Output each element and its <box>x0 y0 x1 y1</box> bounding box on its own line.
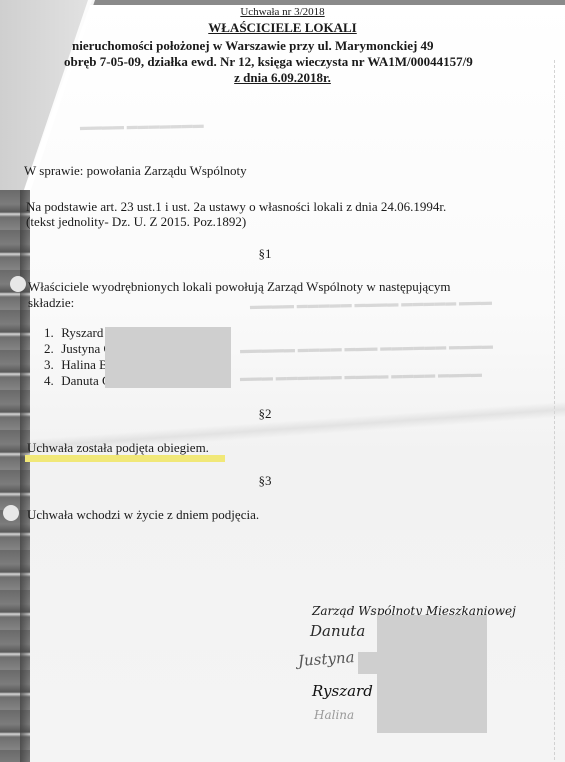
signature-halina: Halina <box>314 708 354 722</box>
list-number: 1. <box>44 325 58 341</box>
subject-line: W sprawie: powołania Zarządu Wspólnoty <box>24 163 247 178</box>
highlight-mark <box>25 455 225 462</box>
resolution-number: Uchwała nr 3/2018 <box>0 5 565 20</box>
section-3-text: Uchwała wchodzi w życie z dniem podjęcia… <box>27 507 259 522</box>
signature-ryszard: Ryszard <box>312 682 373 700</box>
list-number: 3. <box>44 357 58 373</box>
section-1-heading: §1 <box>0 246 530 261</box>
member-name: Halina B <box>61 357 108 372</box>
document-title: WŁAŚCICIELE LOKALI <box>0 20 565 35</box>
section-2-heading: §2 <box>0 406 530 421</box>
redaction-box <box>105 327 231 388</box>
bleed-through-text: ▬▬▬▬ ▬▬▬▬▬▬▬ <box>80 119 204 134</box>
resolution-date: z dnia 6.09.2018r. <box>0 70 565 85</box>
punch-hole <box>10 276 26 292</box>
legal-basis-line-1: Na podstawie art. 23 ust.1 i ust. 2a ust… <box>26 199 446 214</box>
list-number: 4. <box>44 373 58 389</box>
redaction-box <box>358 652 378 674</box>
section-3-heading: §3 <box>0 473 530 488</box>
punch-hole <box>3 505 19 521</box>
section-1-text-line-2: składzie: <box>28 295 74 310</box>
land-register-info: obręb 7-05-09, działka ewd. Nr 12, księg… <box>64 54 473 69</box>
redaction-box <box>377 615 487 733</box>
section-1-text-line-1: Właściciele wyodrębnionych lokali powołu… <box>28 279 451 294</box>
section-2-text: Uchwała została podjęta obiegiem. <box>27 440 209 455</box>
list-number: 2. <box>44 341 58 357</box>
signature-danuta: Danuta <box>310 622 365 640</box>
property-address: nieruchomości położonej w Warszawie przy… <box>72 38 434 53</box>
legal-basis-line-2: (tekst jednolity- Dz. U. Z 2015. Poz.189… <box>26 214 246 229</box>
